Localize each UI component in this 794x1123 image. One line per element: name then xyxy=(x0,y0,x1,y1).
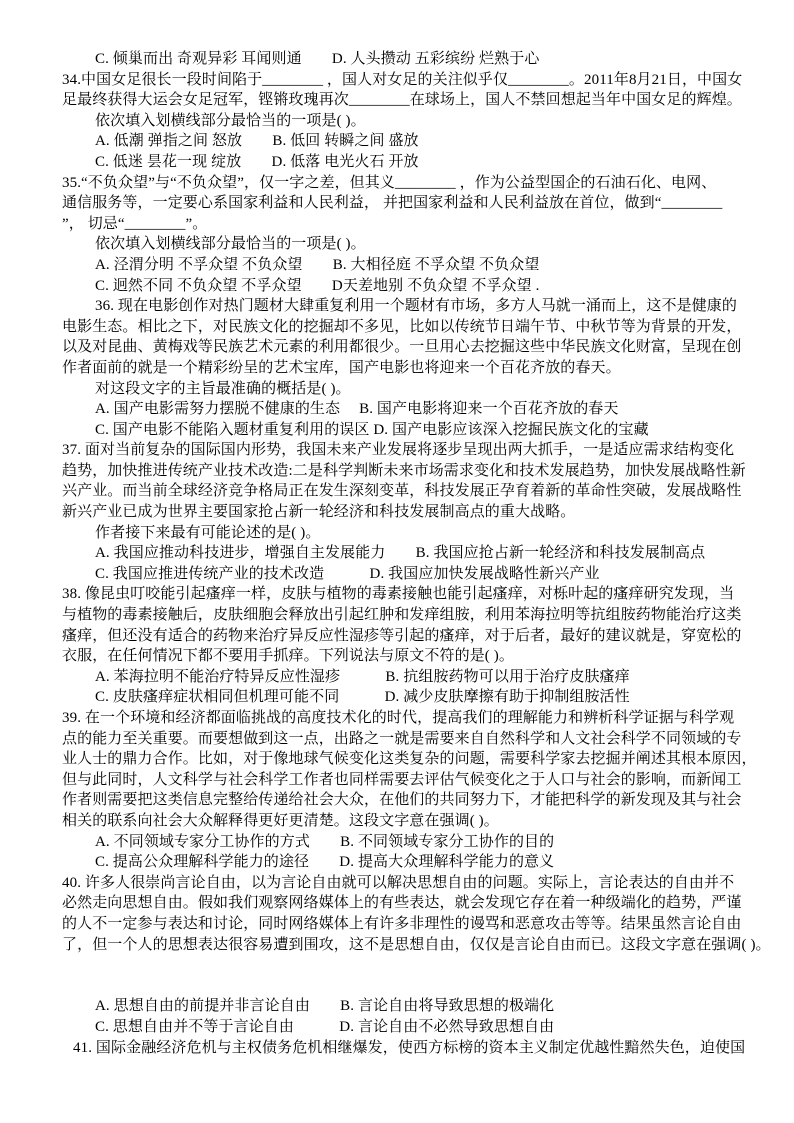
text-line: 依次填入划横线部分最恰当的一项是( )。 xyxy=(62,234,742,255)
text-line xyxy=(62,955,742,976)
text-line: A. 低潮 弹指之间 怒放 B. 低回 转瞬之间 盛放 xyxy=(62,131,742,152)
text-line: 必然走向思想自由。假如我们观察网络媒体上的有些表达，就会发现它存在着一种级端化的… xyxy=(62,893,742,914)
text-line: 的人不一定参与表达和讨论，同时网络媒体上有许多非理性的谩骂和恶意攻击等等。结果虽… xyxy=(62,914,742,935)
text-line: 衣服，在任何情况下都不要用手抓痒。下列说法与原文不符的是( )。 xyxy=(62,646,742,667)
text-line: 了，但一个人的思想表达很容易遭到围攻，这不是思想自由，仅仅是言论自由而已。这段文… xyxy=(62,935,742,956)
text-line: 趋势，加快推进传统产业技术改造:二是科学判断未来市场需求变化和技术发展趋势，加快… xyxy=(62,461,742,482)
text-line: 业人士的鼎力合作。比如，对于像地球气候变化这类复杂的问题，需要科学家去挖掘并阐述… xyxy=(62,749,742,770)
text-line: ”， 切忌“________”。 xyxy=(62,214,742,235)
text-line: C. 国产电影不能陷入题材重复利用的误区 D. 国产电影应该深入挖掘民族文化的宝… xyxy=(62,420,742,441)
text-line: C. 我国应推进传统产业的技术改造 D. 我国应加快发展战略性新兴产业 xyxy=(62,564,742,585)
text-line: 38. 像昆虫叮咬能引起瘙痒一样，皮肤与植物的毒素接触也能引起瘙痒，对栎叶起的瘙… xyxy=(62,584,742,605)
text-line: 作者接下来最有可能论述的是( )。 xyxy=(62,523,742,544)
text-line: 与植物的毒素接触后，皮肤细胞会释放出引起红肿和发痒组胺，利用苯海拉明等抗组胺药物… xyxy=(62,605,742,626)
text-line: 37. 面对当前复杂的国际国内形势，我国未来产业发展将逐步呈现出两大抓手，一是适… xyxy=(62,440,742,461)
text-line: 以及对昆曲、黄梅戏等民族艺术元素的利用都很少。一旦用心去挖掘这些中华民族文化财富… xyxy=(62,337,742,358)
text-line: C. 迥然不同 不负众望 不孚众望 D天差地别 不负众望 不孚众望 . xyxy=(62,276,742,297)
text-line: C. 思想自由并不等于言论自由 D. 言论自由不必然导致思想自由 xyxy=(62,1017,742,1038)
text-line: 足最终获得大运会女足冠军，铿锵玫瑰再次________在球场上，国人不禁回想起当… xyxy=(62,90,742,111)
text-line: C. 倾巢而出 奇观异彩 耳闻则通 D. 人头攒动 五彩缤纷 烂熟于心 xyxy=(62,49,742,70)
text-line: 相关的联系向社会大众解释得更好更清楚。这段文字意在强调( )。 xyxy=(62,811,742,832)
text-line: A. 不同领域专家分工协作的方式 B. 不同领域专家分工协作的目的 xyxy=(62,832,742,853)
text-line: C. 提高公众理解科学能力的途径 D. 提高大众理解科学能力的意义 xyxy=(62,852,742,873)
text-line: 40. 许多人很崇尚言论自由，以为言论自由就可以解决思想自由的问题。实际上，言论… xyxy=(62,873,742,894)
text-line: C. 皮肤瘙痒症状相同但机理可能不同 D. 减少皮肤摩擦有助于抑制组胺活性 xyxy=(62,687,742,708)
text-line: 35.“不负众望”与“不负众望”，仅一字之差，但其义________ ，作为公益… xyxy=(62,173,742,194)
text-line: 对这段文字的主旨最准确的概括是( )。 xyxy=(62,379,742,400)
text-line: 36. 现在电影创作对热门题材大肆重复利用一个题材有市场，多方人马就一涌而上，这… xyxy=(62,296,742,317)
text-line: A. 泾渭分明 不孚众望 不负众望 B. 大相径庭 不孚众望 不负众望 xyxy=(62,255,742,276)
text-line: A. 我国应推动科技进步，增强自主发展能力 B. 我国应抢占新一轮经济和科技发展… xyxy=(62,543,742,564)
text-line: A. 思想自由的前提并非言论自由 B. 言论自由将导致思想的极端化 xyxy=(62,996,742,1017)
text-line: 作者面前的就是一个精彩纷呈的艺术宝库，国产电影也将迎来一个百花齐放的春天。 xyxy=(62,358,742,379)
text-line: 点的能力至关重要。而要想做到这一点，出路之一就是需要来自自然科学和人文社会科学不… xyxy=(62,729,742,750)
text-line xyxy=(62,976,742,997)
text-line: 34.中国女足很长一段时间陷于________ ，国人对女足的关注似乎仅____… xyxy=(62,70,742,91)
document-content: C. 倾巢而出 奇观异彩 耳闻则通 D. 人头攒动 五彩缤纷 烂熟于心34.中国… xyxy=(62,49,742,1058)
text-line: 41. 国际金融经济危机与主权债务危机相继爆发，使西方标榜的资本主义制定优越性黯… xyxy=(62,1038,742,1059)
text-line: 瘙痒，但还没有适合的药物来治疗异反应性湿疹等引起的瘙痒，对于后者，最好的建议就是… xyxy=(62,626,742,647)
text-line: C. 低迷 昙花一现 绽放 D. 低落 电光火石 开放 xyxy=(62,152,742,173)
text-line: 新兴产业已成为世界主要国家抢占新一轮经济和科技发展制高点的重大战略。 xyxy=(62,502,742,523)
text-line: 作者则需要把这类信息完整给传递给社会大众，在他们的共同努力下，才能把科学的新发现… xyxy=(62,790,742,811)
text-line: A. 苯海拉明不能治疗特异反应性湿疹 B. 抗组胺药物可以用于治疗皮肤瘙痒 xyxy=(62,667,742,688)
document-page: C. 倾巢而出 奇观异彩 耳闻则通 D. 人头攒动 五彩缤纷 烂熟于心34.中国… xyxy=(0,0,794,1123)
text-line: 通信服务等，一定要心系国家利益和人民利益， 并把国家利益和人民利益放在首位，做到… xyxy=(62,193,742,214)
text-line: 兴产业。而当前全球经济竞争格局正在发生深刻变革，科技发展正孕育着新的革命性突破，… xyxy=(62,481,742,502)
text-line: 39. 在一个环境和经济都面临挑战的高度技术化的时代，提高我们的理解能力和辨析科… xyxy=(62,708,742,729)
text-line: 但与此同时，人文科学与社会科学工作者也同样需要去评估气候变化之于人口与社会的影响… xyxy=(62,770,742,791)
text-line: 依次填入划横线部分最恰当的一项是( )。 xyxy=(62,111,742,132)
text-line: A. 国产电影需努力摆脱不健康的生态 B. 国产电影将迎来一个百花齐放的春天 xyxy=(62,399,742,420)
text-line: 电影生态。相比之下，对民族文化的挖掘却不多见，比如以传统节日端午节、中秋节等为背… xyxy=(62,317,742,338)
